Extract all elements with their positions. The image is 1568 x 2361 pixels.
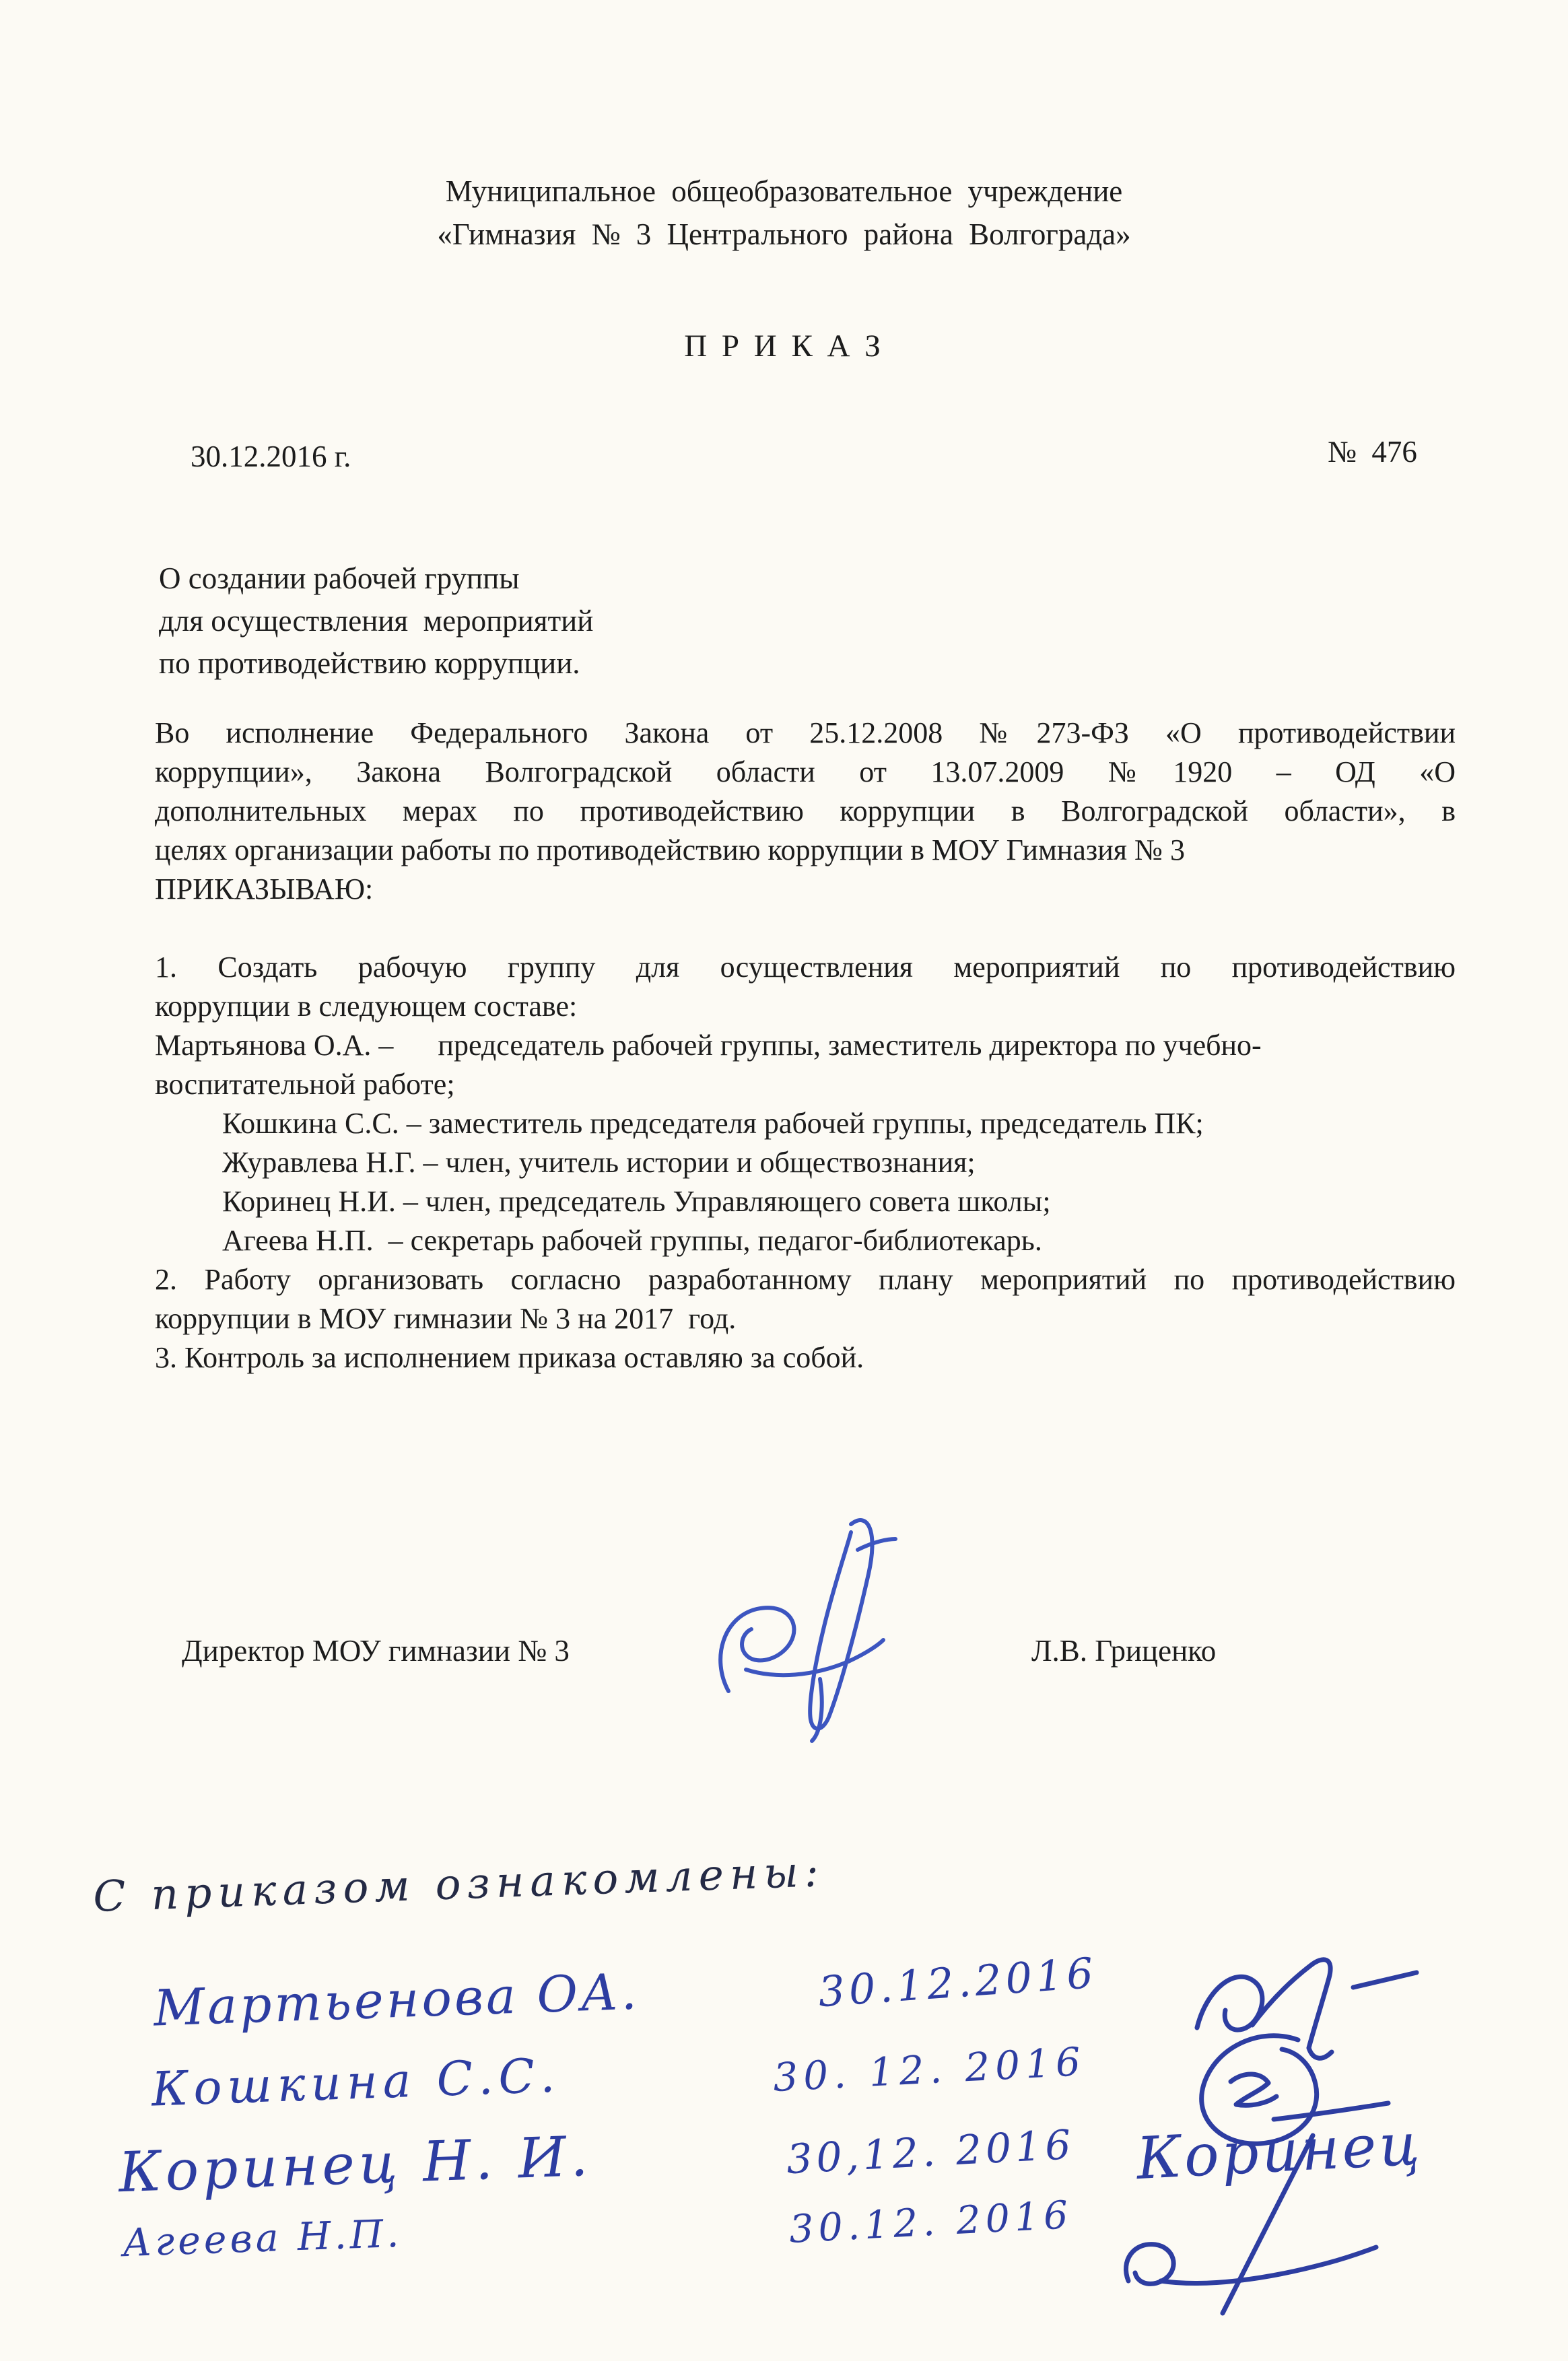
ack-date-korinec: 30,12. 2016 <box>785 2121 1076 2183</box>
body-line: ПРИКАЗЫВАЮ: <box>155 870 1456 909</box>
body-line: целях организации работы по противодейст… <box>155 831 1456 870</box>
organization-header: Муниципальное общеобразовательное учрежд… <box>0 170 1568 256</box>
ack-name-ageeva: Агеева Н.П. <box>122 2212 403 2265</box>
order-date: 30.12.2016 г. <box>191 439 351 474</box>
body-line: дополнительных мерах по противодействию … <box>155 792 1456 831</box>
director-signature <box>681 1509 904 1745</box>
director-name: Л.В. Гриценко <box>1031 1633 1216 1668</box>
ack-name-martyanova: Мартьенова ОА. <box>153 1962 640 2037</box>
organization-name-line2: «Гимназия № 3 Центрального района Волгог… <box>0 213 1568 256</box>
body-line: 1. Создать рабочую группу для осуществле… <box>155 948 1456 987</box>
ack-date-martyanova: 30.12.2016 <box>817 1948 1099 2017</box>
body-line: Журавлева Н.Г. – член, учитель истории и… <box>155 1143 1456 1182</box>
order-body: Во исполнение Федерального Закона от 25.… <box>155 714 1456 1377</box>
ack-date-koshkina: 30. 12. 2016 <box>772 2039 1087 2100</box>
director-position-label: Директор МОУ гимназии № 3 <box>182 1633 570 1668</box>
body-line: Во исполнение Федерального Закона от 25.… <box>155 714 1456 753</box>
body-line: 2. Работу организовать согласно разработ… <box>155 1260 1456 1299</box>
scanned-order-document: Муниципальное общеобразовательное учрежд… <box>0 0 1568 2361</box>
order-number: № 476 <box>1328 434 1417 469</box>
body-line: Агеева Н.П. – секретарь рабочей группы, … <box>155 1221 1456 1260</box>
body-line: коррупции», Закона Волгоградской области… <box>155 753 1456 792</box>
order-subject: О создании рабочей группы для осуществле… <box>159 557 593 685</box>
body-line: коррупции в МОУ гимназии № 3 на 2017 год… <box>155 1299 1456 1338</box>
ack-date-ageeva: 30.12. 2016 <box>788 2193 1074 2252</box>
subject-line: для осуществления мероприятий <box>159 600 593 642</box>
body-line: Коринец Н.И. – член, председатель Управл… <box>155 1182 1456 1221</box>
spacer <box>155 909 1456 948</box>
body-line: коррупции в следующем составе: <box>155 987 1456 1026</box>
ack-signature-ageeva <box>1091 2121 1400 2316</box>
body-line: воспитательной работе; <box>155 1065 1456 1104</box>
subject-line: О создании рабочей группы <box>159 557 593 600</box>
body-line: Мартьянова О.А. – председатель рабочей г… <box>155 1026 1456 1065</box>
body-line: 3. Контроль за исполнением приказа остав… <box>155 1338 1456 1377</box>
ack-name-korinec: Коринец Н. И. <box>118 2125 593 2205</box>
organization-name-line1: Муниципальное общеобразовательное учрежд… <box>0 170 1568 213</box>
order-title: П Р И К А З <box>0 328 1568 364</box>
ack-name-koshkina: Кошкина С.С. <box>151 2047 561 2117</box>
ack-heading: С приказом ознакомлены: <box>92 1847 825 1921</box>
subject-line: по противодействию коррупции. <box>159 642 593 685</box>
body-line: Кошкина С.С. – заместитель председателя … <box>155 1104 1456 1143</box>
